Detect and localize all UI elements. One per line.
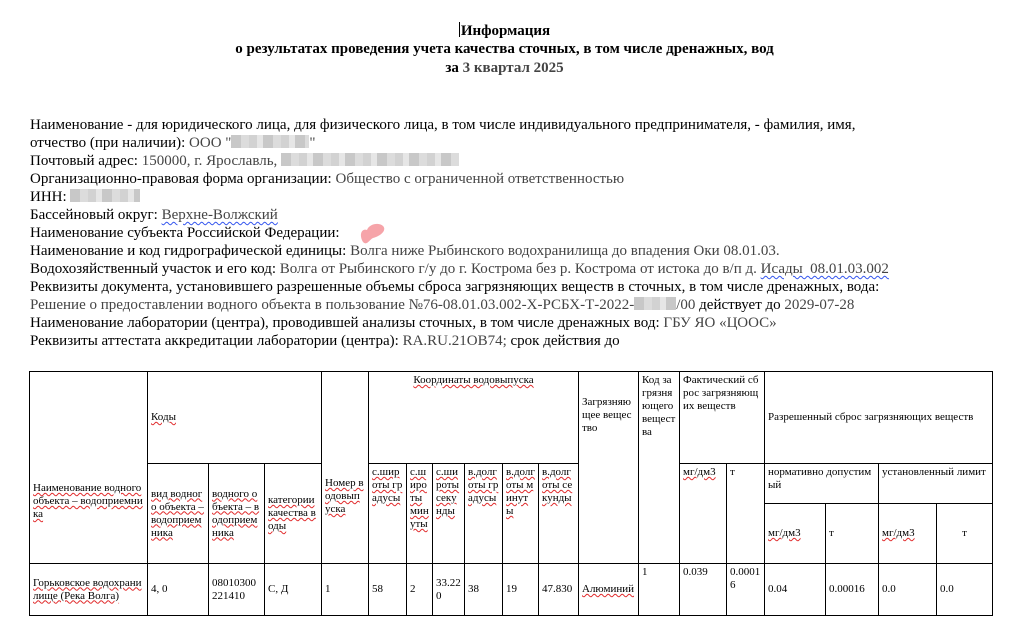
cell-lat-min: 2 bbox=[407, 564, 433, 616]
water-section-code: Исады 08.01.03.002 bbox=[761, 261, 889, 277]
text-cursor bbox=[459, 22, 460, 37]
header-lon-min: в.долготы минуты bbox=[503, 464, 539, 564]
header-lon-sec: в.долготы секунды bbox=[539, 464, 579, 564]
header-text: категории качества воды bbox=[268, 494, 316, 532]
basin-label: Бассейновый округ: bbox=[30, 207, 158, 223]
name-line-2: отчество (при наличии): ООО "" bbox=[30, 134, 980, 152]
header-lat-min: с.широты минуты bbox=[407, 464, 433, 564]
cell-lon-deg: 38 bbox=[465, 564, 503, 616]
header-lat-deg: с.широты градусы bbox=[369, 464, 407, 564]
cell-lon-sec: 47.830 bbox=[539, 564, 579, 616]
org-name-prefix: ООО " bbox=[189, 135, 231, 151]
title-text: Информация bbox=[461, 23, 550, 39]
cell-pollutant-code: 1 bbox=[639, 564, 680, 616]
doc-valid-date: 2029-07-28 bbox=[784, 297, 854, 313]
name-label-cont: отчество (при наличии): bbox=[30, 135, 185, 151]
header-text: т bbox=[730, 466, 735, 478]
name-line-1: Наименование - для юридического лица, дл… bbox=[30, 116, 980, 134]
inn-line: ИНН: bbox=[30, 188, 980, 206]
accreditation-term-label: срок действия до bbox=[511, 333, 620, 349]
header-text: нормативно допустимый bbox=[768, 466, 871, 491]
address-label: Почтовый адрес: bbox=[30, 153, 138, 169]
header-text: Разрешенный сброс загрязняющих веществ bbox=[768, 411, 973, 423]
doc-label-line: Реквизиты документа, установившего разре… bbox=[30, 278, 980, 296]
header-text: Наименование водного объекта – водоприем… bbox=[33, 482, 143, 520]
header-outlet-number: Номер водовыпуска bbox=[322, 372, 369, 564]
redacted-inn bbox=[70, 189, 140, 202]
accreditation-value: RA.RU.21ОВ74; bbox=[403, 333, 507, 349]
subject-line: Наименование субъекта Российской Федерац… bbox=[30, 224, 980, 242]
cell-limit-mg: 0.0 bbox=[879, 564, 937, 616]
org-form-label: Организационно-правовая форма организаци… bbox=[30, 171, 332, 187]
header-text: т bbox=[962, 527, 967, 539]
cell-water-body-name: Горьковское водохранилище (Река Волга) bbox=[30, 564, 148, 616]
header-text: мг/дм3 bbox=[683, 466, 716, 478]
header-coordinates: Координаты водовыпуска bbox=[369, 372, 579, 464]
doc-label: Реквизиты документа, установившего разре… bbox=[30, 279, 879, 295]
cell-limit-t: 0.0 bbox=[937, 564, 993, 616]
header-text: мг/дм3 bbox=[882, 527, 915, 539]
header-lat-sec: с.широты секунды bbox=[433, 464, 465, 564]
header-water-body-name: Наименование водного объекта – водоприем… bbox=[30, 372, 148, 564]
organization-info: Наименование - для юридического лица, дл… bbox=[30, 116, 980, 350]
header-norm-t: т bbox=[826, 504, 879, 564]
header-text: в.долготы секунды bbox=[542, 466, 572, 504]
cell-actual-mg: 0.039 bbox=[680, 564, 727, 616]
hydro-value: Волга ниже Рыбинского водохранилища до в… bbox=[350, 243, 780, 259]
water-section-label: Водохозяйственный участок и его код: bbox=[30, 261, 276, 277]
cell-actual-t: 0.00016 bbox=[727, 564, 765, 616]
table-row: Горьковское водохранилище (Река Волга) 4… bbox=[30, 564, 993, 616]
period-value: 3 квартал 2025 bbox=[463, 60, 564, 76]
water-quality-table: Наименование водного объекта – водоприем… bbox=[29, 371, 993, 616]
header-actual-discharge: Фактический сброс загрязняющих веществ bbox=[680, 372, 765, 464]
header-limit-mg: мг/дм3 bbox=[879, 504, 937, 564]
header-limit: установленный лимит bbox=[879, 464, 993, 504]
header-actual-t: т bbox=[727, 464, 765, 564]
header-codes: Коды bbox=[148, 372, 322, 464]
doc-valid-label: действует до bbox=[699, 297, 781, 313]
hydro-label: Наименование и код гидрографической един… bbox=[30, 243, 346, 259]
accreditation-label: Реквизиты аттестата аккредитации лаборат… bbox=[30, 333, 399, 349]
water-section-value: Волга от Рыбинского г/у до г. Кострома б… bbox=[280, 261, 757, 277]
header-text: Номер водовыпуска bbox=[325, 477, 364, 515]
header-permitted-discharge: Разрешенный сброс загрязняющих веществ bbox=[765, 372, 993, 464]
header-text: в.долготы градусы bbox=[468, 466, 498, 504]
cell-code-water-body: 08010300221410 bbox=[209, 564, 265, 616]
lab-line: Наименование лаборатории (центра), прово… bbox=[30, 314, 980, 332]
doc-value-line: Решение о предоставлении водного объекта… bbox=[30, 296, 980, 314]
basin-value: Верхне-Волжский bbox=[162, 207, 278, 223]
document-title: Информация bbox=[0, 22, 1009, 40]
header-actual-mg: мг/дм3 bbox=[680, 464, 727, 564]
header-limit-t: т bbox=[937, 504, 993, 564]
header-code-category: категории качества воды bbox=[265, 464, 322, 564]
cell-norm-t: 0.00016 bbox=[826, 564, 879, 616]
cell-code-type: 4, 0 bbox=[148, 564, 209, 616]
header-text: Фактический сброс загрязняющих веществ bbox=[683, 374, 759, 412]
lab-value: ГБУ ЯО «ЦООС» bbox=[663, 315, 776, 331]
header-text: Коды bbox=[151, 411, 176, 423]
header-text: водного объекта – водоприемника bbox=[212, 488, 259, 539]
header-text: вид водного объекта – водоприемника bbox=[151, 488, 204, 539]
highlight-mark-icon bbox=[359, 222, 387, 246]
cell-pollutant: Алюминий bbox=[579, 564, 639, 616]
cell-text: Алюминий bbox=[582, 583, 634, 595]
header-code-type: вид водного объекта – водоприемника bbox=[148, 464, 209, 564]
basin-line: Бассейновый округ: Верхне-Волжский bbox=[30, 206, 980, 224]
doc-number-prefix: Решение о предоставлении водного объекта… bbox=[30, 297, 634, 313]
cell-norm-mg: 0.04 bbox=[765, 564, 826, 616]
org-form-value: Общество с ограниченной ответственностью bbox=[335, 171, 624, 187]
address-value: 150000, г. Ярославль, bbox=[142, 153, 278, 169]
header-text: Координаты водовыпуска bbox=[413, 374, 533, 386]
redacted-doc-number bbox=[634, 297, 676, 310]
header-normative: нормативно допустимый bbox=[765, 464, 879, 504]
inn-label: ИНН: bbox=[30, 189, 67, 205]
report-period: за 3 квартал 2025 bbox=[0, 60, 1009, 77]
header-text: с.широты секунды bbox=[436, 466, 459, 517]
hydro-line: Наименование и код гидрографической един… bbox=[30, 242, 980, 260]
header-text: с.широты минуты bbox=[410, 466, 429, 530]
name-label: Наименование - для юридического лица, дл… bbox=[30, 117, 855, 133]
period-prefix: за bbox=[445, 60, 459, 76]
header-text: т bbox=[829, 527, 834, 539]
cell-lat-sec: 33.220 bbox=[433, 564, 465, 616]
cell-lon-min: 19 bbox=[503, 564, 539, 616]
header-text: в.долготы минуты bbox=[506, 466, 535, 517]
lab-label: Наименование лаборатории (центра), прово… bbox=[30, 315, 660, 331]
header-norm-mg: мг/дм3 bbox=[765, 504, 826, 564]
doc-number-suffix: /00 bbox=[676, 297, 695, 313]
org-name-suffix: " bbox=[309, 135, 315, 151]
cell-lat-deg: 58 bbox=[369, 564, 407, 616]
header-text: установленный лимит bbox=[882, 466, 986, 478]
cell-code-category: С, Д bbox=[265, 564, 322, 616]
document-subtitle: о результатах проведения учета качества … bbox=[0, 41, 1009, 58]
org-form-line: Организационно-правовая форма организаци… bbox=[30, 170, 980, 188]
header-text: Код загрязняющего вещества bbox=[642, 374, 675, 438]
header-text: Загрязняющее вещество bbox=[582, 396, 632, 434]
redacted-org-name bbox=[231, 135, 309, 148]
accreditation-line: Реквизиты аттестата аккредитации лаборат… bbox=[30, 332, 980, 350]
header-text: с.широты градусы bbox=[372, 466, 402, 504]
header-code-water-body: водного объекта – водоприемника bbox=[209, 464, 265, 564]
header-text: мг/дм3 bbox=[768, 527, 801, 539]
water-section-line: Водохозяйственный участок и его код: Вол… bbox=[30, 260, 980, 278]
address-line: Почтовый адрес: 150000, г. Ярославль, bbox=[30, 152, 980, 170]
redacted-address bbox=[281, 153, 459, 166]
cell-outlet-number: 1 bbox=[322, 564, 369, 616]
header-lon-deg: в.долготы градусы bbox=[465, 464, 503, 564]
subject-label: Наименование субъекта Российской Федерац… bbox=[30, 225, 340, 241]
header-pollutant: Загрязняющее вещество bbox=[579, 372, 639, 564]
cell-text: Горьковское водохранилище (Река Волга) bbox=[33, 577, 142, 602]
header-pollutant-code: Код загрязняющего вещества bbox=[639, 372, 680, 564]
